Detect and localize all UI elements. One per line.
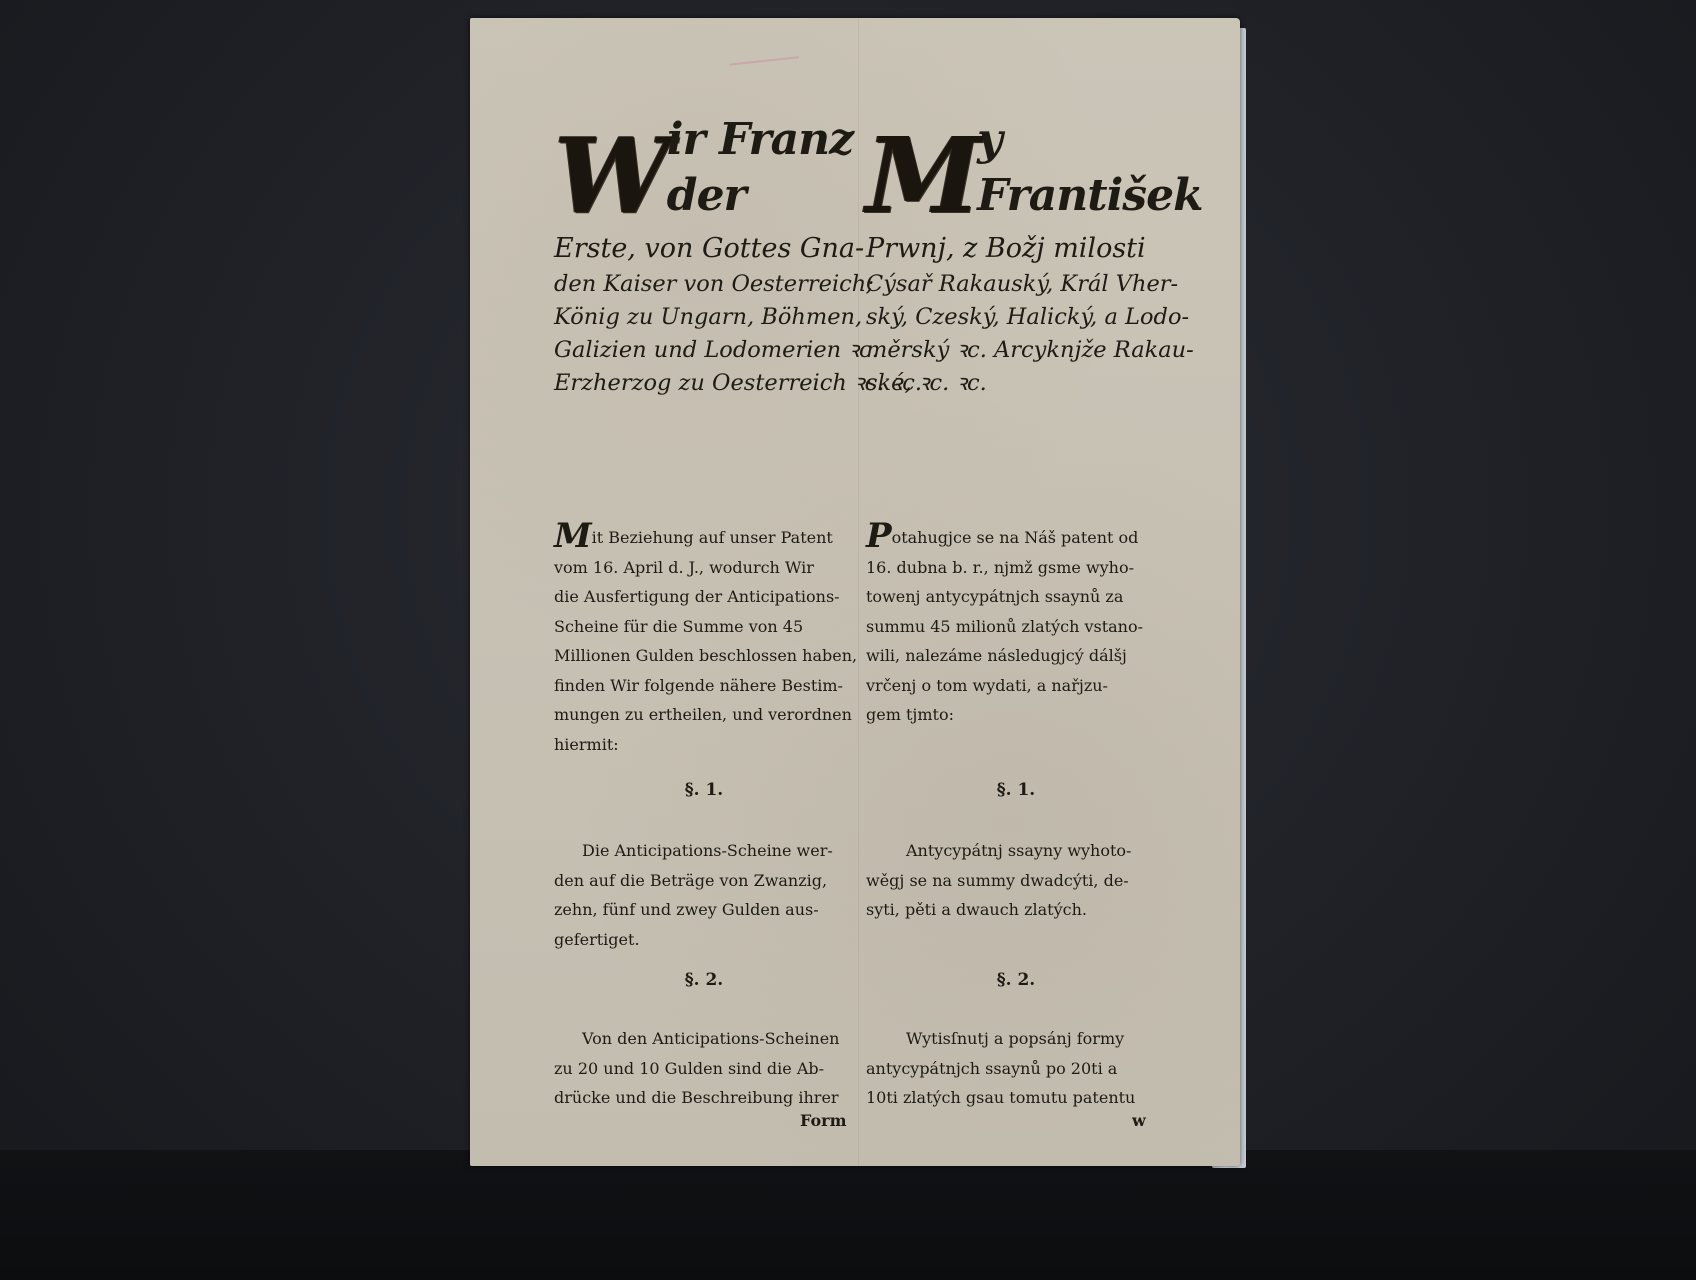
- intro-line: otahugjce se na Náš patent od: [892, 528, 1139, 547]
- section-line: Antycypátnj ssayny wyhoto-: [906, 836, 1216, 866]
- czech-catchword: w: [1132, 1111, 1146, 1130]
- czech-section-1-mark: §. 1.: [866, 780, 1166, 800]
- intro-line: wili, nalezáme následugjcý dálšj: [866, 641, 1176, 671]
- german-catchword: Form: [800, 1111, 847, 1130]
- czech-intro-paragraph: Potahugjce se na Náš patent od 16. dubna…: [866, 523, 1176, 730]
- czech-heading-text: y František: [977, 112, 1202, 228]
- section-line: gefertiget.: [554, 925, 892, 955]
- intro-line: it Beziehung auf unser Patent: [592, 528, 833, 547]
- section-line: 10ti zlatých gsau tomutu patentu: [866, 1083, 1216, 1113]
- german-intro-initial: M: [554, 516, 592, 556]
- german-heading: W ir Franz der: [554, 110, 884, 228]
- title-line: ské, ꝛc. ꝛc.: [866, 367, 1186, 400]
- section-line: wěgj se na summy dwadcýti, de-: [866, 866, 1216, 896]
- german-section-2-mark: §. 2.: [554, 970, 854, 990]
- section-line: antycypátnjch ssaynů po 20ti a: [866, 1054, 1216, 1084]
- czech-title-block: Prwnj, z Božj milosti Cýsař Rakauský, Kr…: [866, 230, 1186, 400]
- title-line: König zu Ungarn, Böhmen,: [554, 301, 874, 334]
- intro-line: summu 45 milionů zlatých vstano-: [866, 612, 1176, 642]
- intro-line: finden Wir folgende nähere Bestim-: [554, 671, 864, 701]
- intro-line: 16. dubna b. r., njmž gsme wyho-: [866, 553, 1176, 583]
- title-line: ský, Czeský, Halický, a Lodo-: [866, 301, 1186, 334]
- intro-line: mungen zu ertheilen, und verordnen: [554, 700, 864, 730]
- german-heading-initial: W: [554, 124, 665, 228]
- german-title-block: Erste, von Gottes Gna- den Kaiser von Oe…: [554, 230, 874, 400]
- german-intro-paragraph: Mit Beziehung auf unser Patent vom 16. A…: [554, 523, 864, 759]
- table-surface: [0, 1150, 1696, 1280]
- intro-line: die Ausfertigung der Anticipations-: [554, 582, 864, 612]
- czech-heading: M y František: [866, 110, 1196, 228]
- title-line: měrský ꝛc. Arcyknjže Rakau-: [866, 334, 1186, 367]
- title-line: Erste, von Gottes Gna-: [554, 230, 874, 268]
- intro-line: Scheine für die Summe von 45: [554, 612, 864, 642]
- document-page: W ir Franz der Erste, von Gottes Gna- de…: [470, 18, 1240, 1166]
- intro-line: towenj antycypátnjch ssaynů za: [866, 582, 1176, 612]
- german-heading-text: ir Franz der: [667, 112, 884, 228]
- section-line: zu 20 und 10 Gulden sind die Ab-: [554, 1054, 892, 1084]
- title-line: Cýsař Rakauský, Král Vher-: [866, 268, 1186, 301]
- german-section-2-body: Von den Anticipations-Scheinen zu 20 und…: [582, 1024, 892, 1113]
- intro-line: hiermit:: [554, 730, 864, 760]
- czech-section-2-mark: §. 2.: [866, 970, 1166, 990]
- intro-line: vom 16. April d. J., wodurch Wir: [554, 553, 864, 583]
- czech-heading-initial: M: [866, 124, 975, 228]
- section-line: zehn, fünf und zwey Gulden aus-: [554, 895, 892, 925]
- section-line: den auf die Beträge von Zwanzig,: [554, 866, 892, 896]
- section-line: syti, pěti a dwauch zlatých.: [866, 895, 1216, 925]
- intro-line: Millionen Gulden beschlossen haben,: [554, 641, 864, 671]
- german-section-1-body: Die Anticipations-Scheine wer- den auf d…: [582, 836, 892, 954]
- section-line: Von den Anticipations-Scheinen: [582, 1024, 892, 1054]
- czech-section-1-body: Antycypátnj ssayny wyhoto- wěgj se na su…: [906, 836, 1216, 925]
- czech-intro-initial: P: [866, 516, 892, 556]
- title-line: Prwnj, z Božj milosti: [866, 230, 1186, 268]
- section-line: drücke und die Beschreibung ihrer: [554, 1083, 892, 1113]
- pencil-mark: [727, 34, 799, 65]
- section-line: Die Anticipations-Scheine wer-: [582, 836, 892, 866]
- section-line: Wytisſnutj a popsánj formy: [906, 1024, 1216, 1054]
- intro-line: vrčenj o tom wydati, a nařjzu-: [866, 671, 1176, 701]
- german-section-1-mark: §. 1.: [554, 780, 854, 800]
- title-line: Erzherzog zu Oesterreich ꝛc. ꝛc.: [554, 367, 874, 400]
- czech-section-2-body: Wytisſnutj a popsánj formy antycypátnjch…: [906, 1024, 1216, 1113]
- title-line: den Kaiser von Oesterreich;: [554, 268, 874, 301]
- title-line: Galizien und Lodomerien ꝛc.: [554, 334, 874, 367]
- intro-line: gem tjmto:: [866, 700, 1176, 730]
